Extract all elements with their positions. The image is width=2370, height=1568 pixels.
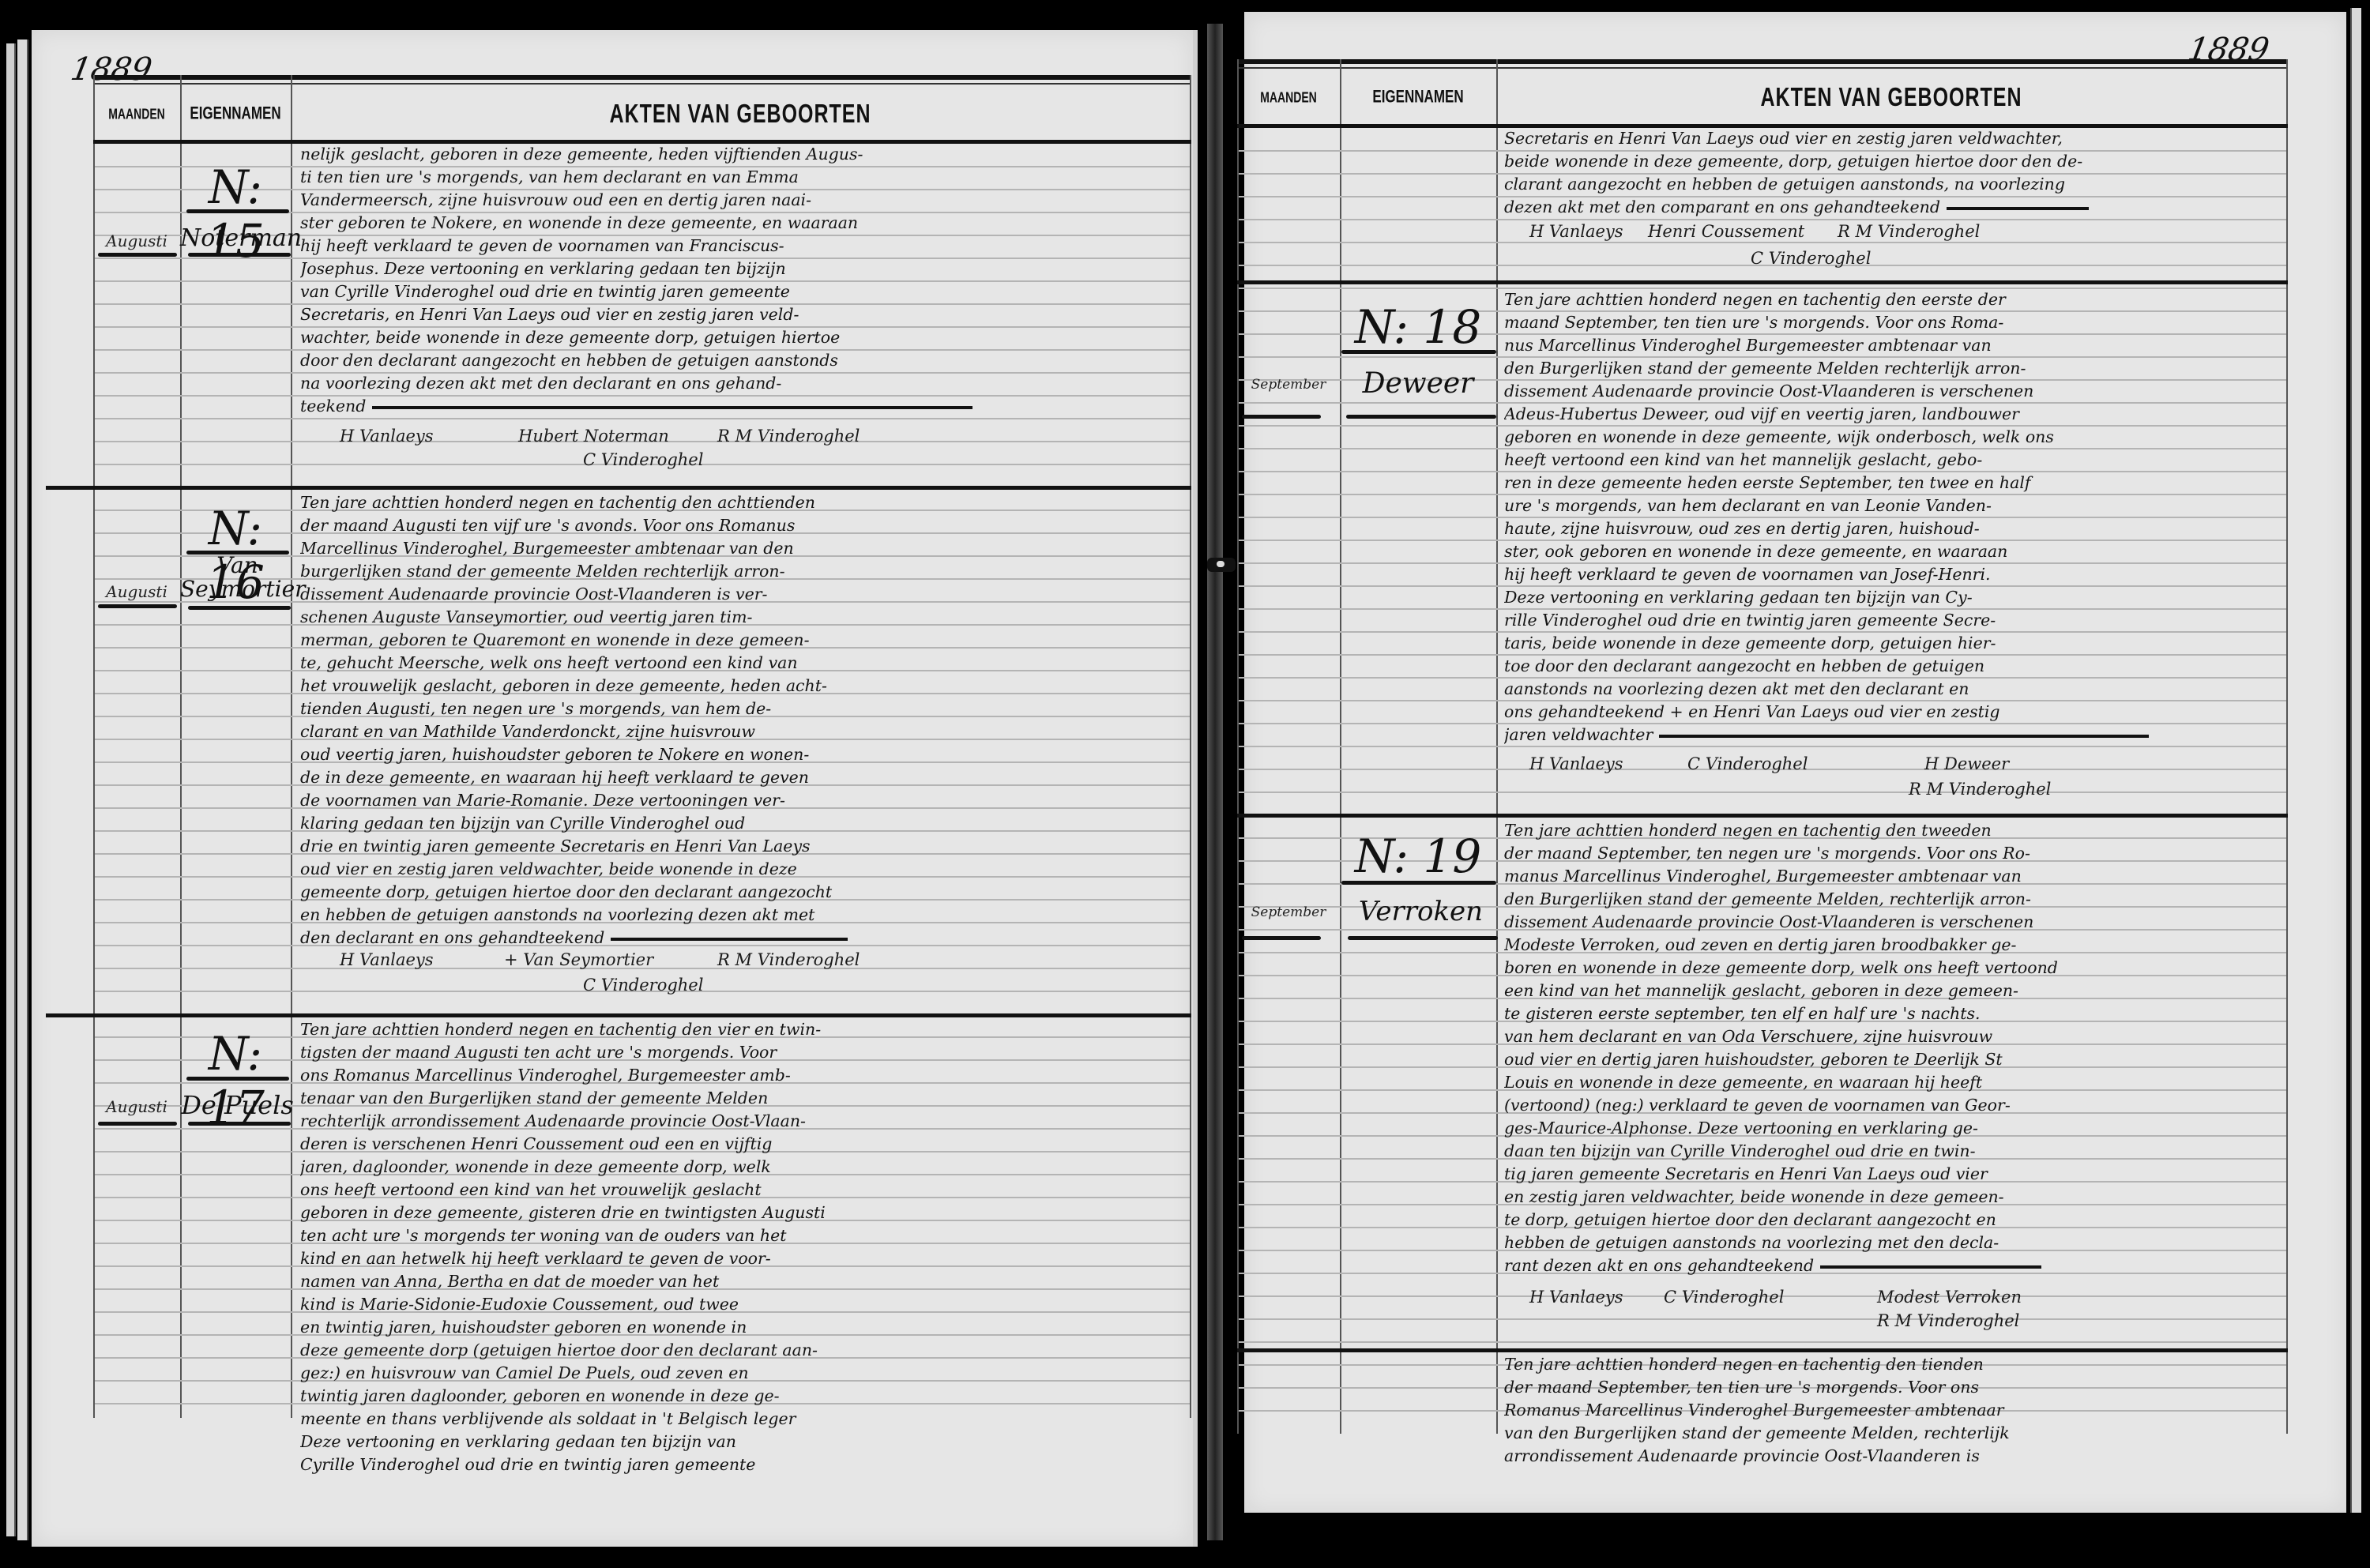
text-line: en twintig jaren, huishoudster geboren e…: [300, 1316, 1185, 1339]
text-line: deze gemeente dorp (getuigen hiertoe doo…: [300, 1339, 1185, 1362]
entry-surname: Deweer: [1340, 369, 1496, 399]
text-line: kind is Marie-Sidonie-Eudoxie Coussement…: [300, 1293, 1185, 1316]
text-fragment: teekend: [300, 397, 366, 416]
text-line: ster geboren te Nokere, en wonende in de…: [300, 212, 1185, 235]
text-line: na voorlezing dezen akt met den declaran…: [300, 372, 1185, 395]
text-line: wachter, beide wonende in deze gemeente …: [300, 326, 1185, 349]
text-fragment: jaren veldwachter: [1504, 725, 1653, 744]
text-line: manus Marcellinus Vinderoghel, Burgemees…: [1504, 865, 2282, 888]
text-line: Josephus. Deze vertooning en verklaring …: [300, 258, 1185, 280]
divider: [1341, 350, 1496, 354]
text-line: te, gehucht Meersche, welk ons heeft ver…: [300, 652, 1185, 675]
book-edge: [6, 43, 16, 1536]
text-line: en hebben de getuigen aanstonds na voorl…: [300, 904, 1185, 927]
text-line: jaren, dagloonder, wonende in deze gemee…: [300, 1156, 1185, 1179]
text-line: der maand September, ten negen ure 's mo…: [1504, 842, 2282, 865]
entry-surname: Noterman: [180, 224, 295, 254]
signature: H Vanlaeys: [340, 427, 434, 446]
signature: H Vanlaeys: [1529, 754, 1623, 773]
text-line: namen van Anna, Bertha en dat de moeder …: [300, 1270, 1185, 1293]
text-line: het vrouwelijk geslacht, geboren in deze…: [300, 675, 1185, 698]
divider: [188, 606, 291, 610]
text-line: van Cyrille Vinderoghel oud drie en twin…: [300, 280, 1185, 303]
text-line: haute, zijne huisvrouw, oud zes en derti…: [1504, 517, 2282, 540]
text-line: ster, ook geboren en wonende in deze gem…: [1504, 540, 2282, 563]
text-line: oud vier en zestig jaren veldwachter, be…: [300, 858, 1185, 881]
divider: [1348, 936, 1498, 940]
register-table-right: MAANDEN EIGENNAMEN AKTEN VAN GEBOORTEN S…: [1237, 59, 2340, 1529]
text-line: beide wonende in deze gemeente, dorp, ge…: [1504, 150, 2282, 173]
signature: R M Vinderoghel: [717, 950, 860, 969]
signature: Henri Coussement: [1648, 222, 1804, 241]
act-text-19: Ten jare achttien honderd negen en tache…: [1504, 819, 2282, 1277]
signature: H Vanlaeys: [1529, 222, 1623, 241]
divider: [188, 1122, 291, 1126]
text-line: van den Burgerlijken stand der gemeente …: [1504, 1422, 2282, 1445]
text-line: Vandermeersch, zijne huisvrouw oud een e…: [300, 189, 1185, 212]
text-line: rechterlijk arrondissement Audenaarde pr…: [300, 1110, 1185, 1133]
register-table-left: MAANDEN EIGENNAMEN AKTEN VAN GEBOORTEN N…: [93, 75, 1219, 1529]
entry-month: Augusti: [93, 1097, 180, 1116]
column-divider: [2286, 59, 2288, 1434]
entry-number: N: 18: [1340, 300, 1496, 354]
text-line: Modeste Verroken, oud zeven en dertig ja…: [1504, 934, 2282, 957]
column-header-names: EIGENNAMEN: [1340, 62, 1496, 132]
text-line: gez:) en huisvrouw van Camiel De Puels, …: [300, 1362, 1185, 1385]
text-line: en zestig jaren veldwachter, beide wonen…: [1504, 1186, 2282, 1209]
text-line: tenaar van den Burgerlijken stand der ge…: [300, 1087, 1185, 1110]
act-text-17: Ten jare achttien honderd negen en tache…: [300, 1018, 1185, 1476]
divider: [186, 209, 289, 213]
divider: [1242, 415, 1321, 419]
text-line: Marcellinus Vinderoghel, Burgemeester am…: [300, 537, 1185, 560]
text-line: nus Marcellinus Vinderoghel Burgemeester…: [1504, 334, 2282, 357]
surname-line: Van: [180, 554, 295, 577]
text-line: ges-Maurice-Alphonse. Deze vertooning en…: [1504, 1117, 2282, 1140]
book-edge: [17, 39, 28, 1540]
text-fragment: den declarant en ons gehandteekend: [300, 928, 604, 947]
end-rule: [1820, 1265, 2041, 1269]
text-line: Secretaris en Henri Van Laeys oud vier e…: [1504, 127, 2282, 150]
text-line: hij heeft verklaard te geven de voorname…: [1504, 563, 2282, 586]
signature: C Vinderoghel: [1664, 1288, 1784, 1307]
signature: C Vinderoghel: [1751, 249, 1871, 268]
entry-month: September: [1237, 904, 1340, 920]
text-line: clarant en van Mathilde Vanderdonckt, zi…: [300, 720, 1185, 743]
text-line: heeft vertoond een kind van het mannelij…: [1504, 449, 2282, 472]
text-line: daan ten bijzijn van Cyrille Vinderoghel…: [1504, 1140, 2282, 1163]
text-line: Deze vertooning en verklaring gedaan ten…: [300, 1431, 1185, 1453]
text-line: oud vier en dertig jaren huishoudster, g…: [1504, 1048, 2282, 1071]
signature: C Vinderoghel: [583, 976, 703, 995]
signature: R M Vinderoghel: [1877, 1311, 2019, 1330]
text-line: kind en aan hetwelk hij heeft verklaard …: [300, 1247, 1185, 1270]
text-line: maand September, ten tien ure 's morgend…: [1504, 311, 2282, 334]
end-rule: [1659, 735, 2149, 738]
signature: R M Vinderoghel: [717, 427, 860, 446]
signature: + Van Seymortier: [504, 950, 653, 969]
act-text-18: Ten jare achttien honderd negen en tache…: [1504, 288, 2282, 746]
text-line: jaren veldwachter: [1504, 724, 2282, 746]
act-text-16: Ten jare achttien honderd negen en tache…: [300, 491, 1185, 949]
column-divider: [1190, 75, 1191, 1418]
text-line: ons gehandteekend + en Henri Van Laeys o…: [1504, 701, 2282, 724]
entry-separator: [1237, 280, 2288, 284]
text-line: door den declarant aangezocht en hebben …: [300, 349, 1185, 372]
text-line: de in deze gemeente, en waaraan hij heef…: [300, 766, 1185, 789]
text-line: Ten jare achttien honderd negen en tache…: [300, 491, 1185, 514]
entry-month: Augusti: [93, 582, 180, 601]
text-line: Ten jare achttien honderd negen en tache…: [1504, 288, 2282, 311]
text-line: dissement Audenaarde provincie Oost-Vlaa…: [300, 583, 1185, 606]
entry-number: N: 19: [1340, 829, 1496, 883]
text-line: een kind van het mannelijk geslacht, geb…: [1504, 980, 2282, 1002]
text-line: ons Romanus Marcellinus Vinderoghel, Bur…: [300, 1064, 1185, 1087]
text-line: de voornamen van Marie-Romanie. Deze ver…: [300, 789, 1185, 812]
text-line: (vertoond) (neg:) verklaard te geven de …: [1504, 1094, 2282, 1117]
entry-separator: [46, 486, 1191, 490]
signature: Modest Verroken: [1877, 1288, 2022, 1307]
entry-separator: [1237, 814, 2288, 818]
text-line: burgerlijken stand der gemeente Melden r…: [300, 560, 1185, 583]
text-line: Cyrille Vinderoghel oud drie en twintig …: [300, 1453, 1185, 1476]
text-line: van hem declarant en van Oda Verschuere,…: [1504, 1025, 2282, 1048]
signature: H Deweer: [1924, 754, 2009, 773]
text-line: ons heeft vertoond een kind van het vrou…: [300, 1179, 1185, 1201]
text-line: gemeente dorp, getuigen hiertoe door den…: [300, 881, 1185, 904]
end-rule: [1947, 207, 2089, 210]
entry-surname: Van Seymortier: [180, 554, 295, 601]
text-line: geboren en wonende in deze gemeente, wij…: [1504, 426, 2282, 449]
text-line: der maand Augusti ten vijf ure 's avonds…: [300, 514, 1185, 537]
text-line: ti ten tien ure 's morgends, van hem dec…: [300, 166, 1185, 189]
text-line: hij heeft verklaard te geven de voorname…: [300, 235, 1185, 258]
entry-separator: [1237, 1348, 2288, 1352]
signature: R M Vinderoghel: [1909, 780, 2051, 799]
text-line: Secretaris, en Henri Van Laeys oud vier …: [300, 303, 1185, 326]
text-line: hebben de getuigen aanstonds na voorlezi…: [1504, 1231, 2282, 1254]
text-line: arrondissement Audenaarde provincie Oost…: [1504, 1445, 2282, 1468]
text-line: nelijk geslacht, geboren in deze gemeent…: [300, 143, 1185, 166]
divider: [98, 1122, 177, 1126]
text-line: den Burgerlijken stand der gemeente Meld…: [1504, 888, 2282, 911]
text-line: dissement Audenaarde provincie Oost-Vlaa…: [1504, 911, 2282, 934]
text-line: Ten jare achttien honderd negen en tache…: [300, 1018, 1185, 1041]
text-line: klaring gedaan ten bijzijn van Cyrille V…: [300, 812, 1185, 835]
act-text-17-continued: Secretaris en Henri Van Laeys oud vier e…: [1504, 127, 2282, 219]
text-line: te dorp, getuigen hiertoe door den decla…: [1504, 1209, 2282, 1231]
text-line: te gisteren eerste september, ten elf en…: [1504, 1002, 2282, 1025]
signature: R M Vinderoghel: [1838, 222, 1980, 241]
text-line: ten acht ure 's morgends ter woning van …: [300, 1224, 1185, 1247]
divider: [188, 253, 291, 257]
text-line: drie en twintig jaren gemeente Secretari…: [300, 835, 1185, 858]
entry-month: September: [1237, 377, 1340, 393]
text-line: teekend: [300, 395, 1185, 418]
signature: Hubert Noterman: [518, 427, 669, 446]
text-line: rant dezen akt en ons gehandteekend: [1504, 1254, 2282, 1277]
act-text-20: Ten jare achttien honderd negen en tache…: [1504, 1353, 2282, 1468]
text-line: Ten jare achttien honderd negen en tache…: [1504, 819, 2282, 842]
text-line: ure 's morgends, van hem declarant en va…: [1504, 494, 2282, 517]
signature: H Vanlaeys: [340, 950, 434, 969]
text-line: der maand September, ten tien ure 's mor…: [1504, 1376, 2282, 1399]
text-line: Louis en wonende in deze gemeente, en wa…: [1504, 1071, 2282, 1094]
entry-month: Augusti: [93, 231, 180, 250]
text-line: deren is verschenen Henri Coussement oud…: [300, 1133, 1185, 1156]
divider: [186, 1077, 289, 1081]
text-line: dezen akt met den comparant en ons gehan…: [1504, 196, 2282, 219]
end-rule: [611, 938, 848, 941]
text-line: tig jaren gemeente Secretaris en Henri V…: [1504, 1163, 2282, 1186]
column-header-months: MAANDEN: [1237, 62, 1340, 132]
text-fragment: rant dezen akt en ons gehandteekend: [1504, 1256, 1814, 1275]
divider: [1346, 415, 1496, 419]
signature: H Vanlaeys: [1529, 1288, 1623, 1307]
text-line: twintig jaren dagloonder, geboren en won…: [300, 1385, 1185, 1408]
text-line: Deze vertooning en verklaring gedaan ten…: [1504, 586, 2282, 609]
entry-separator: [46, 1013, 1191, 1017]
text-fragment: dezen akt met den comparant en ons gehan…: [1504, 197, 1940, 216]
text-line: clarant aangezocht en hebben de getuigen…: [1504, 173, 2282, 196]
column-header-acts: AKTEN VAN GEBOORTEN: [1496, 61, 2286, 133]
act-text-15: nelijk geslacht, geboren in deze gemeent…: [300, 143, 1185, 418]
text-line: oud veertig jaren, huishoudster geboren …: [300, 743, 1185, 766]
text-line: meente en thans verblijvende als soldaat…: [300, 1408, 1185, 1431]
text-line: Ten jare achttien honderd negen en tache…: [1504, 1353, 2282, 1376]
signature: C Vinderoghel: [1687, 754, 1808, 773]
divider: [1242, 936, 1321, 940]
text-line: ren in deze gemeente heden eerste Septem…: [1504, 472, 2282, 494]
text-line: taris, beide wonende in deze gemeente do…: [1504, 632, 2282, 655]
end-rule: [372, 406, 972, 409]
text-line: den Burgerlijken stand der gemeente Meld…: [1504, 357, 2282, 380]
text-line: tienden Augusti, ten negen ure 's morgen…: [300, 698, 1185, 720]
surname-line: Seymortier: [180, 577, 295, 601]
divider: [98, 604, 177, 608]
text-line: aanstonds na voorlezing dezen akt met de…: [1504, 678, 2282, 701]
text-line: tigsten der maand Augusti ten acht ure '…: [300, 1041, 1185, 1064]
book-edge: [2350, 8, 2361, 1513]
text-line: Romanus Marcellinus Vinderoghel Burgemee…: [1504, 1399, 2282, 1422]
text-line: geboren in deze gemeente, gisteren drie …: [300, 1201, 1185, 1224]
text-line: merman, geboren te Quaremont en wonende …: [300, 629, 1185, 652]
text-line: schenen Auguste Vanseymortier, oud veert…: [300, 606, 1185, 629]
divider: [1341, 881, 1496, 885]
signature: C Vinderoghel: [583, 450, 703, 469]
divider: [98, 253, 177, 257]
text-line: boren en wonende in deze gemeente dorp, …: [1504, 957, 2282, 980]
column-header-names: EIGENNAMEN: [180, 78, 291, 150]
column-header-months: MAANDEN: [93, 78, 180, 150]
text-line: dissement Audenaarde provincie Oost-Vlaa…: [1504, 380, 2282, 403]
entry-surname: Verroken: [1340, 897, 1502, 927]
text-line: rille Vinderoghel oud drie en twintig ja…: [1504, 609, 2282, 632]
text-line: toe door den declarant aangezocht en heb…: [1504, 655, 2282, 678]
text-line: Adeus-Hubertus Deweer, oud vijf en veert…: [1504, 403, 2282, 426]
entry-surname: De Puels: [180, 1090, 295, 1120]
text-line: den declarant en ons gehandteekend: [300, 927, 1185, 949]
